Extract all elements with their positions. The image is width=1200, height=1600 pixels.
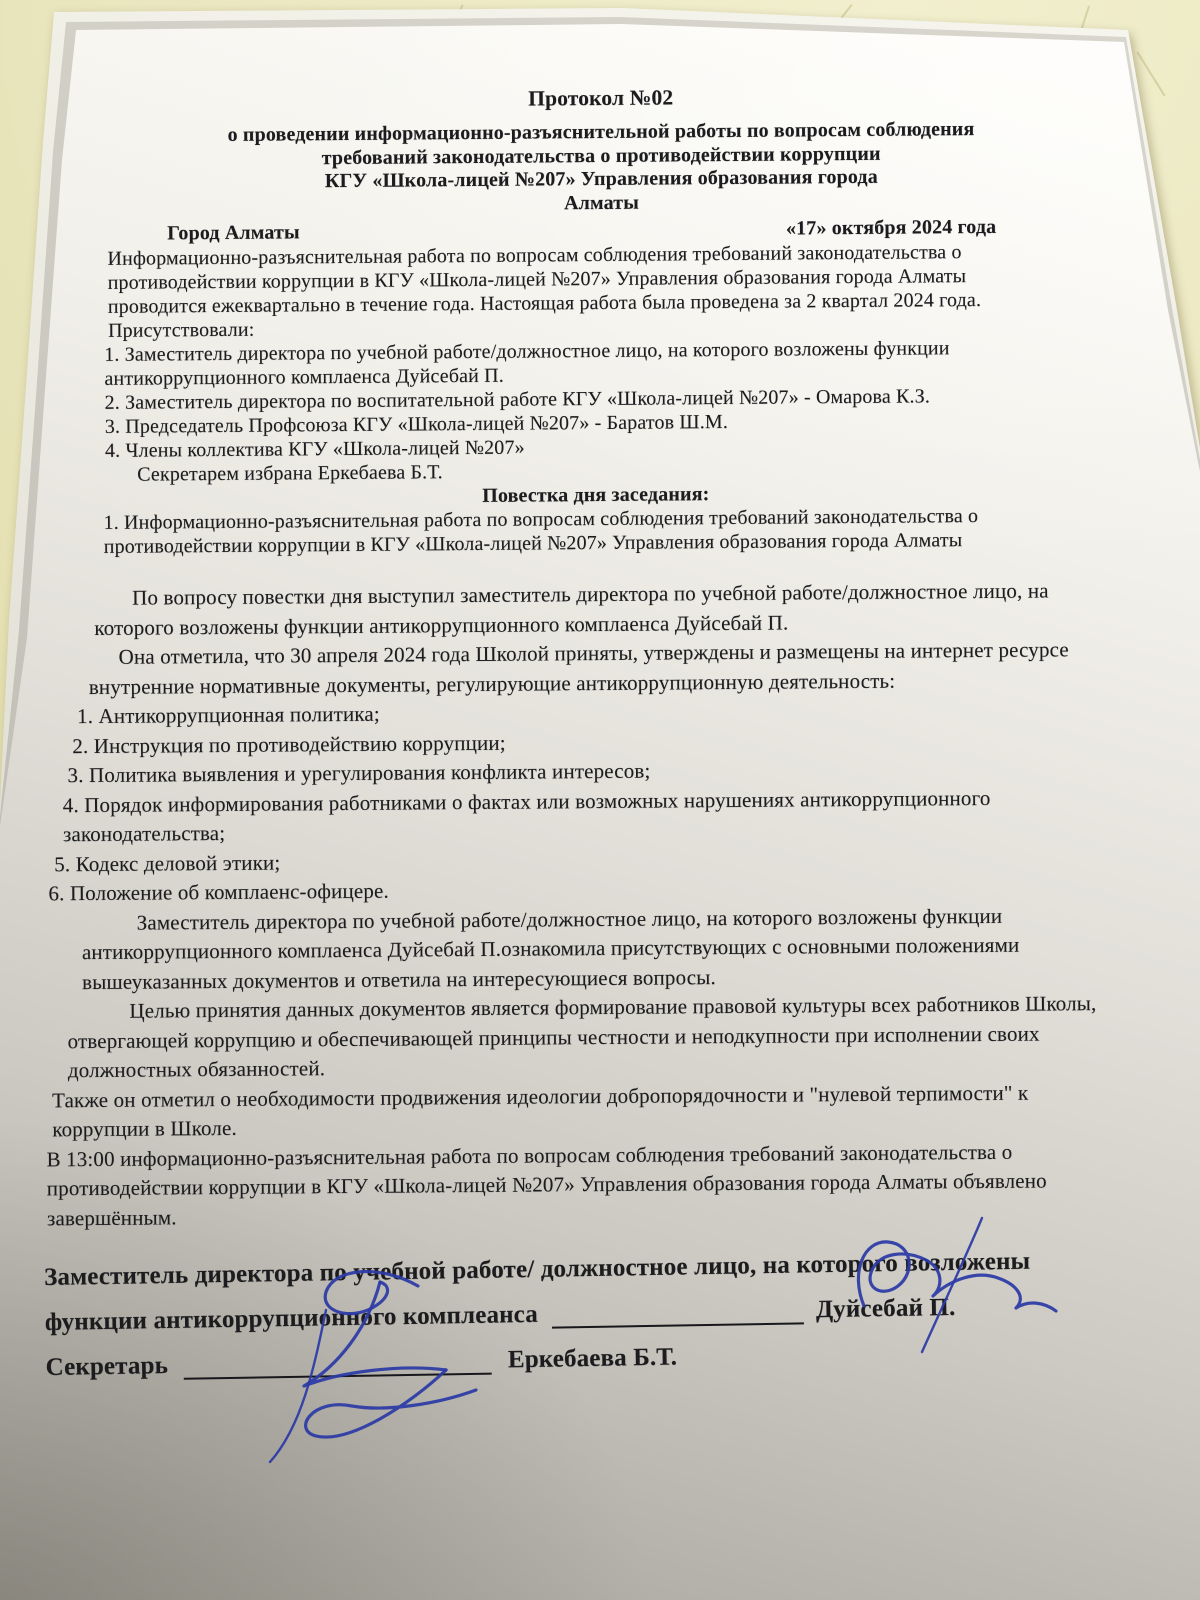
signature-block: Заместитель директора по учебной работе/… xyxy=(44,1237,1108,1390)
agenda-zone: Повестка дня заседания: 1. Информационно… xyxy=(43,479,1159,560)
intro-paragraph: Информационно-разъяснительная работа по … xyxy=(107,239,1067,319)
secretary-role-label: Секретарь xyxy=(45,1352,168,1381)
doc-list-item: 4. Порядок информирования работниками о … xyxy=(63,783,1103,850)
deputy-signature-underline xyxy=(552,1322,804,1328)
deputy-name: Дуйсебай П. xyxy=(816,1294,956,1323)
deputy-role-label: функции антикоррупционного комплеанса xyxy=(45,1301,538,1336)
paragraph-closing: В 13:00 информационно-разъяснительная ра… xyxy=(46,1137,1106,1234)
doc-subtitle: о проведении информационно-разъяснительн… xyxy=(146,118,1026,172)
body-zone: По вопросу повестки дня выступил замести… xyxy=(44,576,1165,1386)
secretary-name: Еркебаева Б.Т. xyxy=(508,1344,678,1374)
paragraph-speaker: По вопросу повестки дня выступил замести… xyxy=(94,576,1101,643)
attendee-item: 1. Заместитель директора по учебной рабо… xyxy=(104,335,1067,391)
paragraph-purpose: Целью принятия данных документов являетс… xyxy=(67,989,1105,1086)
paragraph-familiarize: Заместитель директора по учебной работе/… xyxy=(82,901,1105,998)
paragraph-docs-intro: Она отметила, что 30 апреля 2024 года Шк… xyxy=(88,635,1101,702)
document-header-zone: Протокол №02 о проведении информационно-… xyxy=(40,82,1158,488)
doc-title: Протокол №02 xyxy=(106,82,1065,114)
secretary-signature-underline xyxy=(184,1373,492,1380)
city-label: Город Алматы xyxy=(167,220,300,245)
paragraph-zero-tolerance: Также он отметил о необходимости продвиж… xyxy=(52,1078,1105,1145)
paper-stack: Протокол №02 о проведении информационно-… xyxy=(0,0,1200,1600)
document-photo: Протокол №02 о проведении информационно-… xyxy=(0,0,1200,1600)
document-content: Протокол №02 о проведении информационно-… xyxy=(40,68,1165,1386)
date-label: «17» октября 2024 года xyxy=(786,215,996,241)
document-sheet: Протокол №02 о проведении информационно-… xyxy=(0,0,1200,1600)
agenda-item: 1. Информационно-разъяснительная работа … xyxy=(103,503,1088,559)
